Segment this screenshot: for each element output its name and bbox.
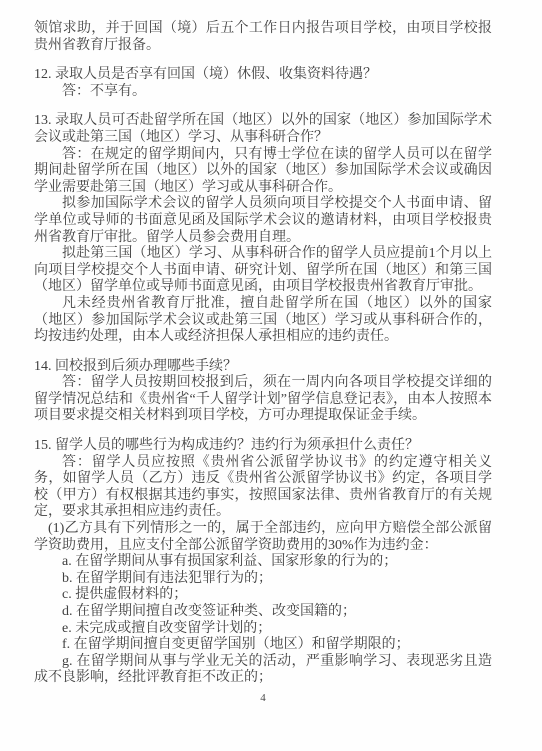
document-page: 领馆求助，并于回国（境）后五个工作日内报告项目学校，由项目学校报贵州省教育厅报备…: [0, 0, 542, 751]
question-15: 15. 留学人员的哪些行为构成违约？违约行为须承担什么责任？: [34, 438, 492, 455]
question-13: 13. 录取人员可否赴留学所在国（地区）以外的国家（地区）参加国际学术会议或赴第…: [34, 113, 492, 146]
question-14: 14. 回校报到后须办理哪些手续？: [34, 359, 492, 376]
answer-15-clause-item-b: b. 在留学期间有违法犯罪行为的；: [34, 571, 492, 588]
qa-section-14: 14. 回校报到后须办理哪些手续？ 答：留学人员按期回校报到后，须在一周内向各项…: [34, 359, 492, 425]
answer-15-clause-item-a: a. 在留学期间从事有损国家利益、国家形象的行为的；: [34, 554, 492, 571]
answer-13-paragraph-2: 拟参加国际学术会议的留学人员须向项目学校提交个人书面申请、留学单位或导师的书面意…: [34, 196, 492, 246]
answer-15-clause-item-f: f. 在留学期间擅自变更留学国别（地区）和留学期限的；: [34, 637, 492, 654]
answer-15-clause-item-d: d. 在留学期间擅自改变签证种类、改变国籍的；: [34, 604, 492, 621]
answer-15-clause-item-g: g. 在留学期间从事与学业无关的活动，严重影响学习、表现恶劣且造成不良影响，经批…: [34, 654, 492, 687]
document-content: 领馆求助，并于回国（境）后五个工作日内报告项目学校，由项目学校报贵州省教育厅报备…: [34, 21, 492, 687]
answer-14-paragraph: 答：留学人员按期回校报到后，须在一周内向各项目学校提交详细的留学情况总结和《贵州…: [34, 375, 492, 425]
answer-12-paragraph: 答：不享有。: [34, 84, 492, 101]
qa-section-12: 12. 录取人员是否享有回国（境）休假、收集资料待遇？ 答：不享有。: [34, 67, 492, 100]
answer-15-clause-item-e: e. 未完成或擅自改变留学计划的；: [34, 621, 492, 638]
answer-15-clause-item-c: c. 提供虚假材料的；: [34, 587, 492, 604]
answer-15-clause-intro: (1)乙方具有下列情形之一的，属于全部违约，应向甲方赔偿全部公派留学资助费用，且…: [34, 521, 492, 554]
qa-section-13: 13. 录取人员可否赴留学所在国（地区）以外的国家（地区）参加国际学术会议或赴第…: [34, 113, 492, 345]
answer-15-paragraph: 答：留学人员应按照《贵州省公派留学协议书》的约定遵守相关义务，如留学人员（乙方）…: [34, 455, 492, 521]
qa-section-15: 15. 留学人员的哪些行为构成违约？违约行为须承担什么责任？ 答：留学人员应按照…: [34, 438, 492, 687]
question-12: 12. 录取人员是否享有回国（境）休假、收集资料待遇？: [34, 67, 492, 84]
page-number: 4: [34, 691, 492, 705]
answer-13-paragraph-1: 答：在规定的留学期间内，只有博士学位在读的留学人员可以在留学期间赴留学所在国（地…: [34, 147, 492, 197]
answer-13-paragraph-3: 拟赴第三国（地区）学习、从事科研合作的留学人员应提前1个月以上向项目学校提交个人…: [34, 246, 492, 296]
answer-13-paragraph-4: 凡未经贵州省教育厅批准，擅自赴留学所在国（地区）以外的国家（地区）参加国际学术会…: [34, 296, 492, 346]
continuation-paragraph: 领馆求助，并于回国（境）后五个工作日内报告项目学校，由项目学校报贵州省教育厅报备…: [34, 21, 492, 54]
